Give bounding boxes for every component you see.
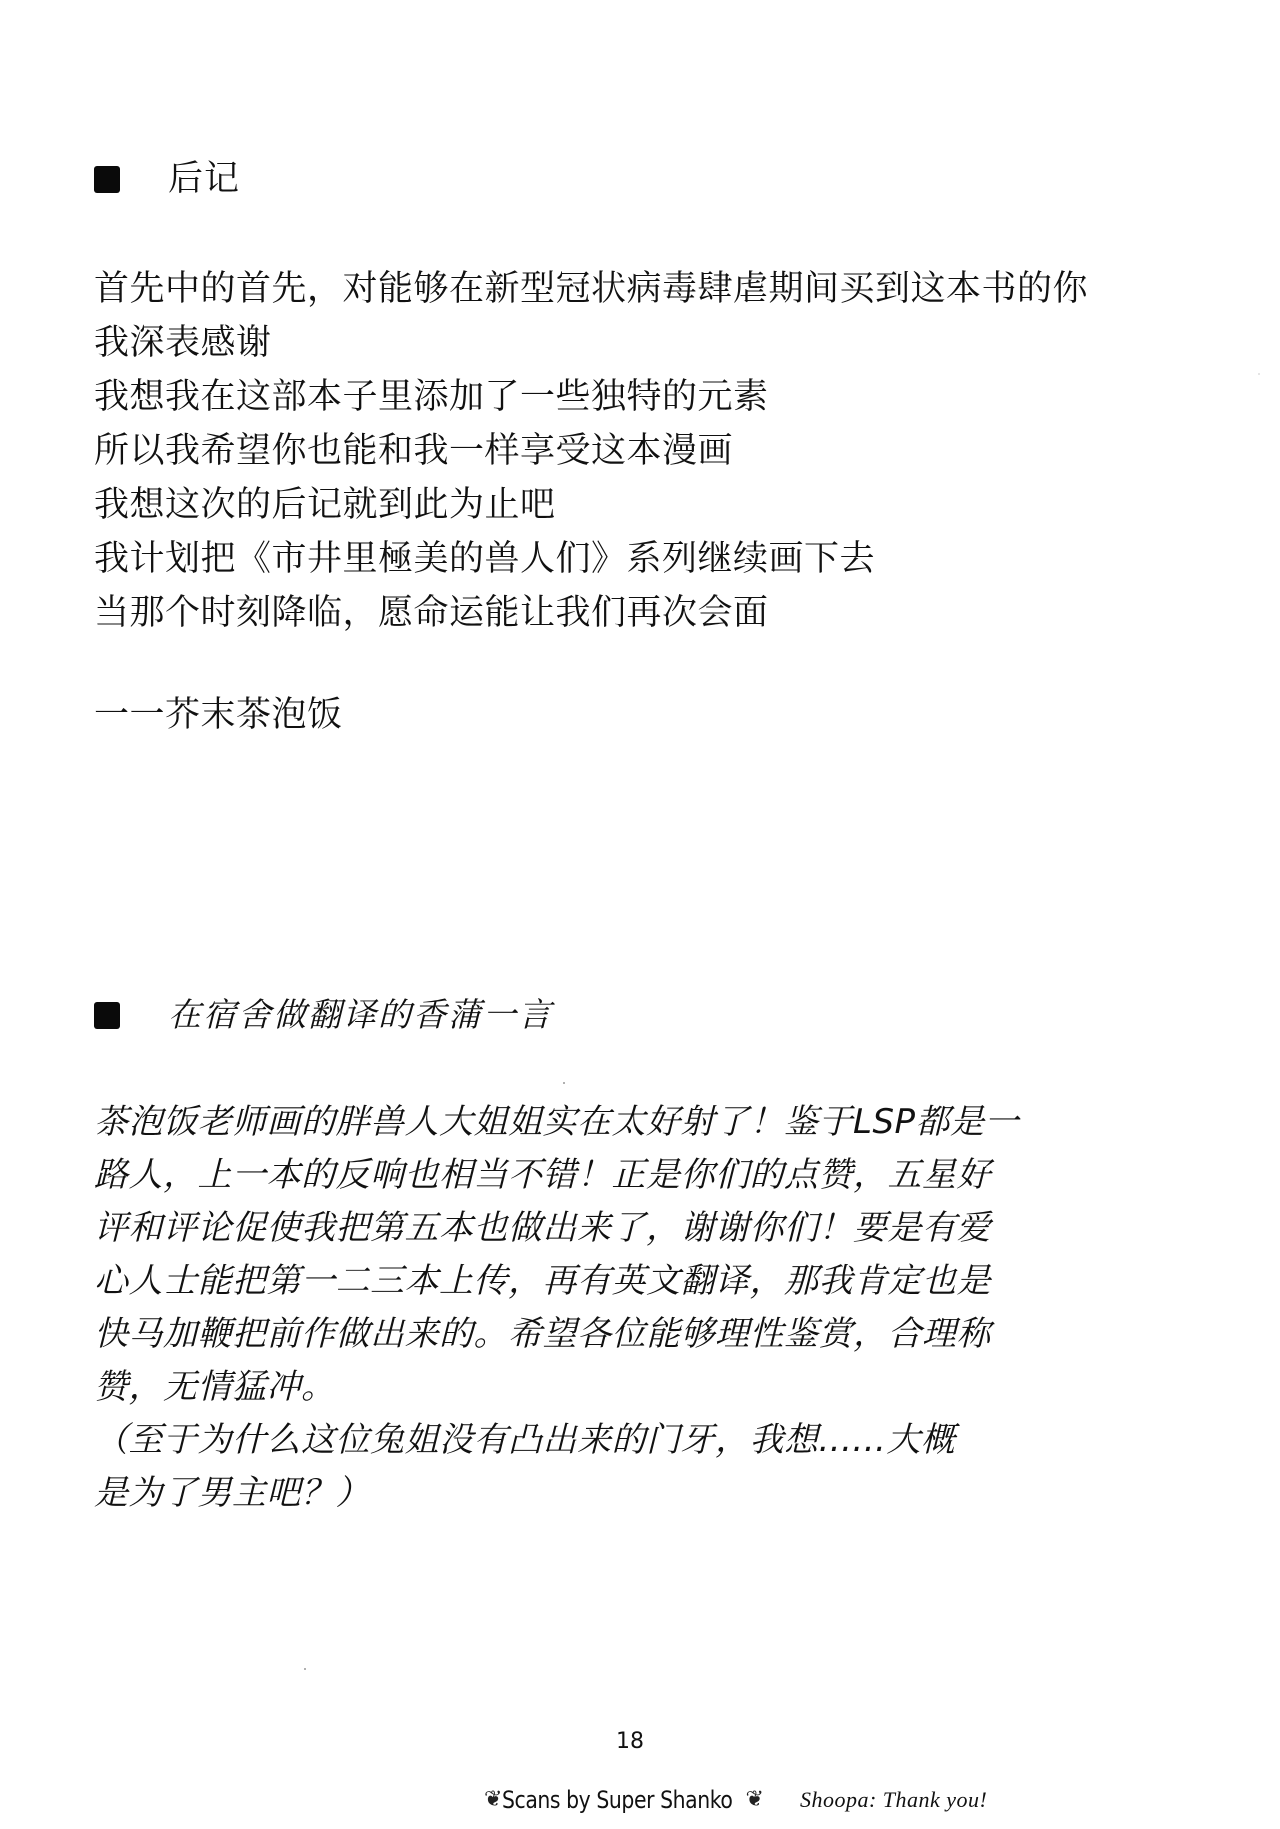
scan-credit-line: ❦ Scans by Super Shanko ❦ Shoopa: Thank … <box>484 1785 987 1815</box>
translator-note-line: 是为了男主吧？） <box>94 1467 1094 1520</box>
translator-note-title: 在宿舍做翻译的香蒲一言 <box>168 993 553 1037</box>
scan-speck <box>563 1082 565 1084</box>
scan-credit-text: Scans by Super Shanko <box>502 1785 732 1815</box>
afterword-line: 所以我希望你也能和我一样享受这本漫画 <box>94 424 1194 478</box>
square-bullet-icon <box>94 1002 120 1029</box>
translator-note-heading: 在宿舍做翻译的香蒲一言 <box>94 993 553 1037</box>
translator-note-line: 快马加鞭把前作做出来的。希望各位能够理性鉴赏，合理称 <box>94 1308 1094 1361</box>
translator-note-line: （至于为什么这位兔姐没有凸出来的门牙，我想......大概 <box>94 1414 1094 1467</box>
afterword-line: 我深表感谢 <box>94 316 1194 370</box>
translator-note-line: 茶泡饭老师画的胖兽人大姐姐实在太好射了！鉴于LSP都是一 <box>94 1096 1094 1149</box>
translator-note-body: 茶泡饭老师画的胖兽人大姐姐实在太好射了！鉴于LSP都是一 路人，上一本的反响也相… <box>94 1096 1094 1520</box>
afterword-line: 我想我在这部本子里添加了一些独特的元素 <box>94 370 1194 424</box>
afterword-line: 当那个时刻降临，愿命运能让我们再次会面 <box>94 586 1194 640</box>
page-number: 18 <box>600 1727 660 1757</box>
translator-note-line: 评和评论促使我把第五本也做出来了，谢谢你们！要是有爱 <box>94 1202 1094 1255</box>
flower-flourish-icon: ❦ <box>746 1785 764 1815</box>
translator-note-line: 心人士能把第一二三本上传，再有英文翻译，那我肯定也是 <box>94 1255 1094 1308</box>
translator-note-line: 路人，上一本的反响也相当不错！正是你们的点赞，五星好 <box>94 1149 1094 1202</box>
scan-speck <box>304 1668 306 1670</box>
afterword-body: 首先中的首先，对能够在新型冠状病毒肆虐期间买到这本书的你 我深表感谢 我想我在这… <box>94 262 1194 640</box>
afterword-line: 我计划把《市井里極美的兽人们》系列继续画下去 <box>94 532 1194 586</box>
afterword-heading: 后记 <box>94 157 240 201</box>
flower-flourish-icon: ❦ <box>484 1785 502 1815</box>
scan-speck <box>1258 373 1260 375</box>
square-bullet-icon <box>94 166 120 193</box>
translator-note-line: 赞，无情猛冲。 <box>94 1361 1094 1414</box>
afterword-title: 后记 <box>168 157 240 201</box>
afterword-line: 我想这次的后记就到此为止吧 <box>94 478 1194 532</box>
afterword-line: 首先中的首先，对能够在新型冠状病毒肆虐期间买到这本书的你 <box>94 262 1194 316</box>
author-signature: 一一芥末茶泡饭 <box>94 688 343 742</box>
manga-afterword-page: 后记 首先中的首先，对能够在新型冠状病毒肆虐期间买到这本书的你 我深表感谢 我想… <box>0 0 1280 1829</box>
thanks-note: Shoopa: Thank you! <box>800 1785 987 1815</box>
